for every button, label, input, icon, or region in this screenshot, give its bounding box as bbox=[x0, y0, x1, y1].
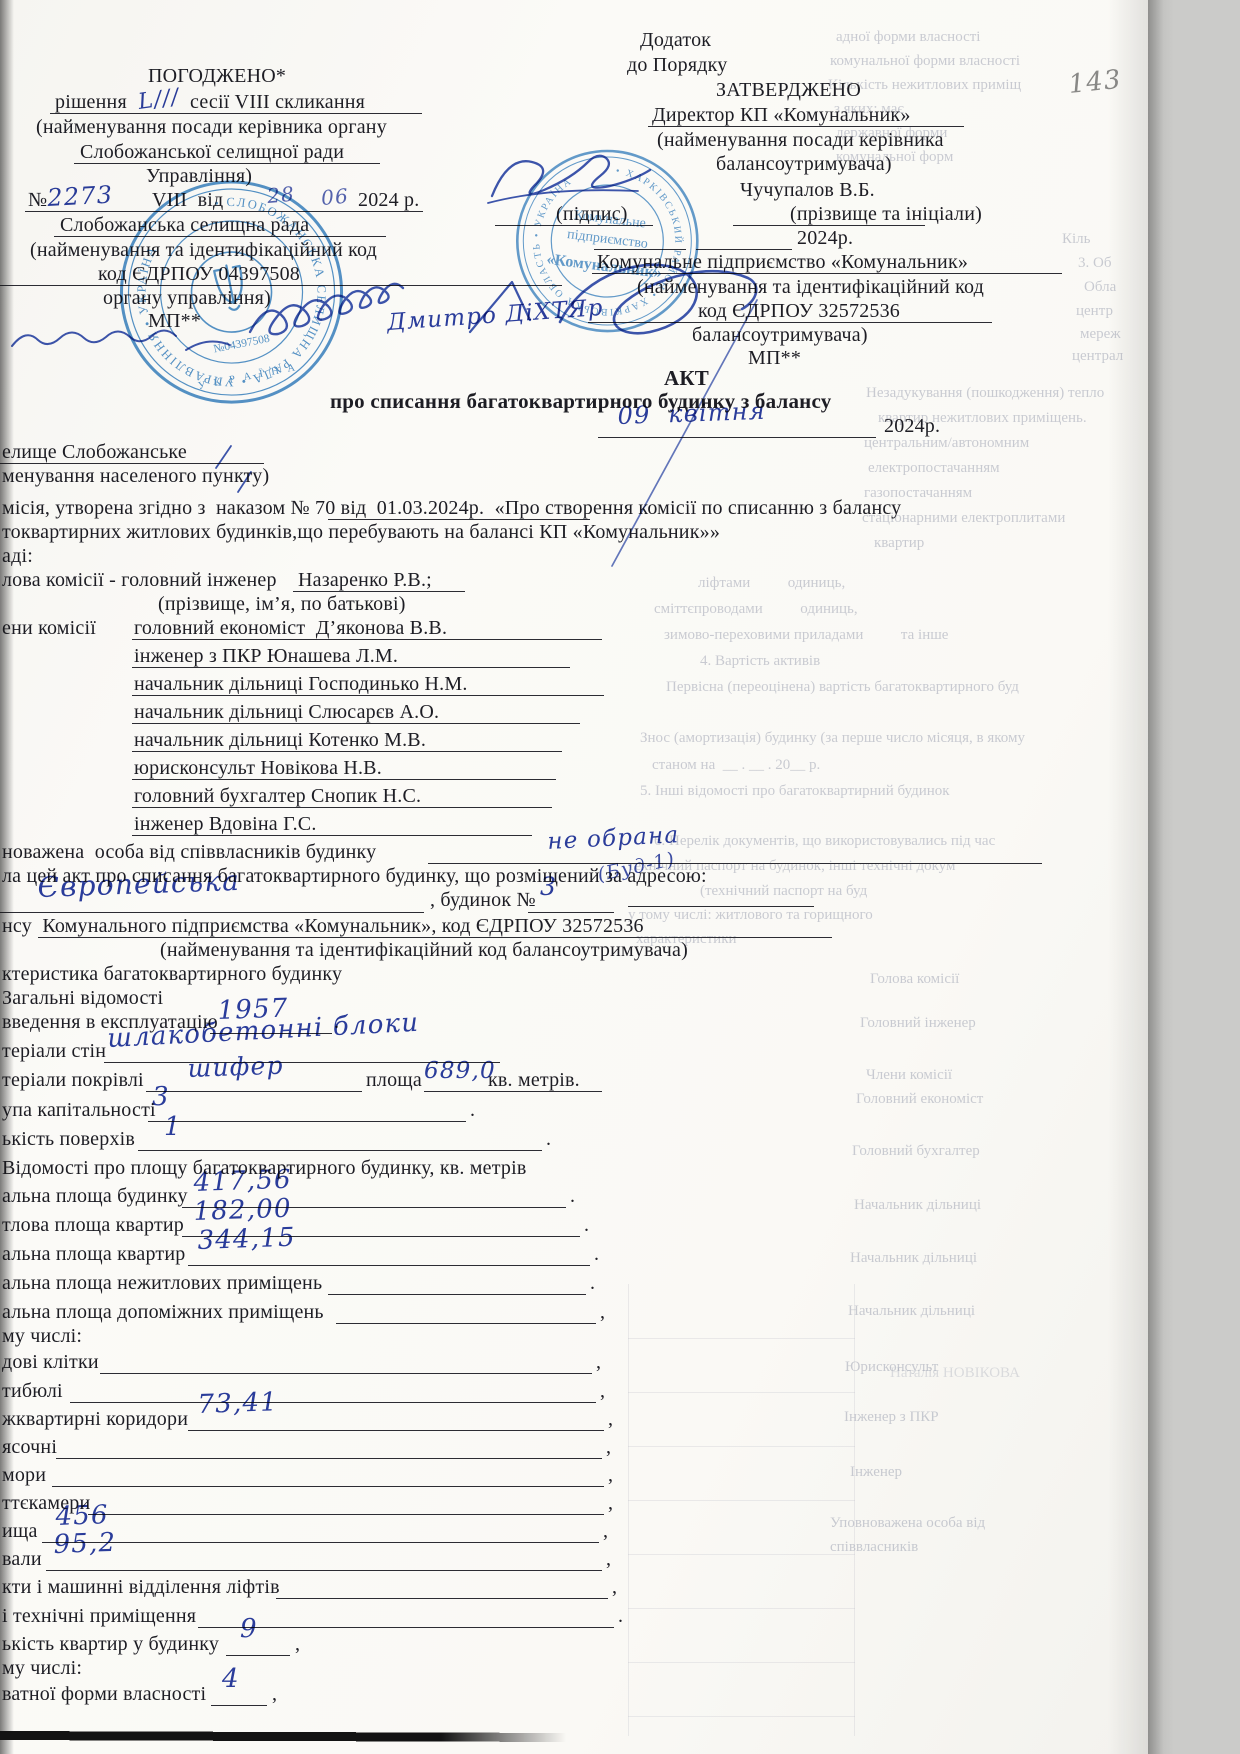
ink-signatures bbox=[0, 0, 1240, 1754]
scan-edge-right bbox=[1148, 0, 1174, 1754]
scan-edge-left bbox=[0, 0, 14, 1754]
page-fold-shadow bbox=[1108, 0, 1148, 1754]
